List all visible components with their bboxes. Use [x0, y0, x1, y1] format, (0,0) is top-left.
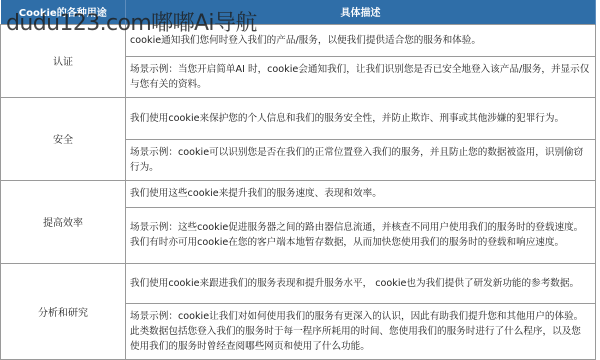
table-row: 安全 我们使用cookie来保护您的个人信息和我们的服务安全性，并防止欺诈、刑事…	[1, 97, 596, 139]
description-cell: 场景示例：当您开启简单AI 时，cookie会通知我们，让我们识别您是否已安全地…	[126, 56, 596, 97]
usage-cell: 安全	[1, 97, 126, 180]
cookie-usage-table: Cookie的各种用途 具体描述 认证 cookie通知我们您何时登入我们的产品…	[0, 0, 596, 360]
table-row: 认证 cookie通知我们您何时登入我们的产品/服务，以便我们提供适合您的服务和…	[1, 24, 596, 56]
description-cell: cookie通知我们您何时登入我们的产品/服务，以便我们提供适合您的服务和体验。	[126, 24, 596, 56]
table-row: 分析和研究 我们使用cookie来跟进我们的服务表现和提升服务水平， cooki…	[1, 263, 596, 303]
table-row: 提高效率 我们使用这些cookie来提升我们的服务速度、表现和效率。	[1, 180, 596, 207]
usage-cell: 认证	[1, 24, 126, 97]
usage-cell: 提高效率	[1, 180, 126, 263]
description-cell: 我们使用cookie来跟进我们的服务表现和提升服务水平， cookie也为我们提…	[126, 263, 596, 303]
header-description: 具体描述	[126, 0, 596, 24]
description-cell: 我们使用cookie来保护您的个人信息和我们的服务安全性，并防止欺诈、刑事或其他…	[126, 97, 596, 139]
header-cookie-usage: Cookie的各种用途	[1, 0, 126, 24]
usage-cell: 分析和研究	[1, 263, 126, 359]
table-header-row: Cookie的各种用途 具体描述	[1, 0, 596, 24]
description-cell: 我们使用这些cookie来提升我们的服务速度、表现和效率。	[126, 180, 596, 207]
description-cell: 场景示例：cookie让我们对如何使用我们的服务有更深入的认识，因此有助我们提升…	[126, 303, 596, 359]
description-cell: 场景示例：cookie可以识别您是否在我们的正常位置登入我们的服务，并且防止您的…	[126, 139, 596, 180]
description-cell: 场景示例：这些cookie促进服务器之间的路由器信息流通，并核查不同用户使用我们…	[126, 207, 596, 263]
